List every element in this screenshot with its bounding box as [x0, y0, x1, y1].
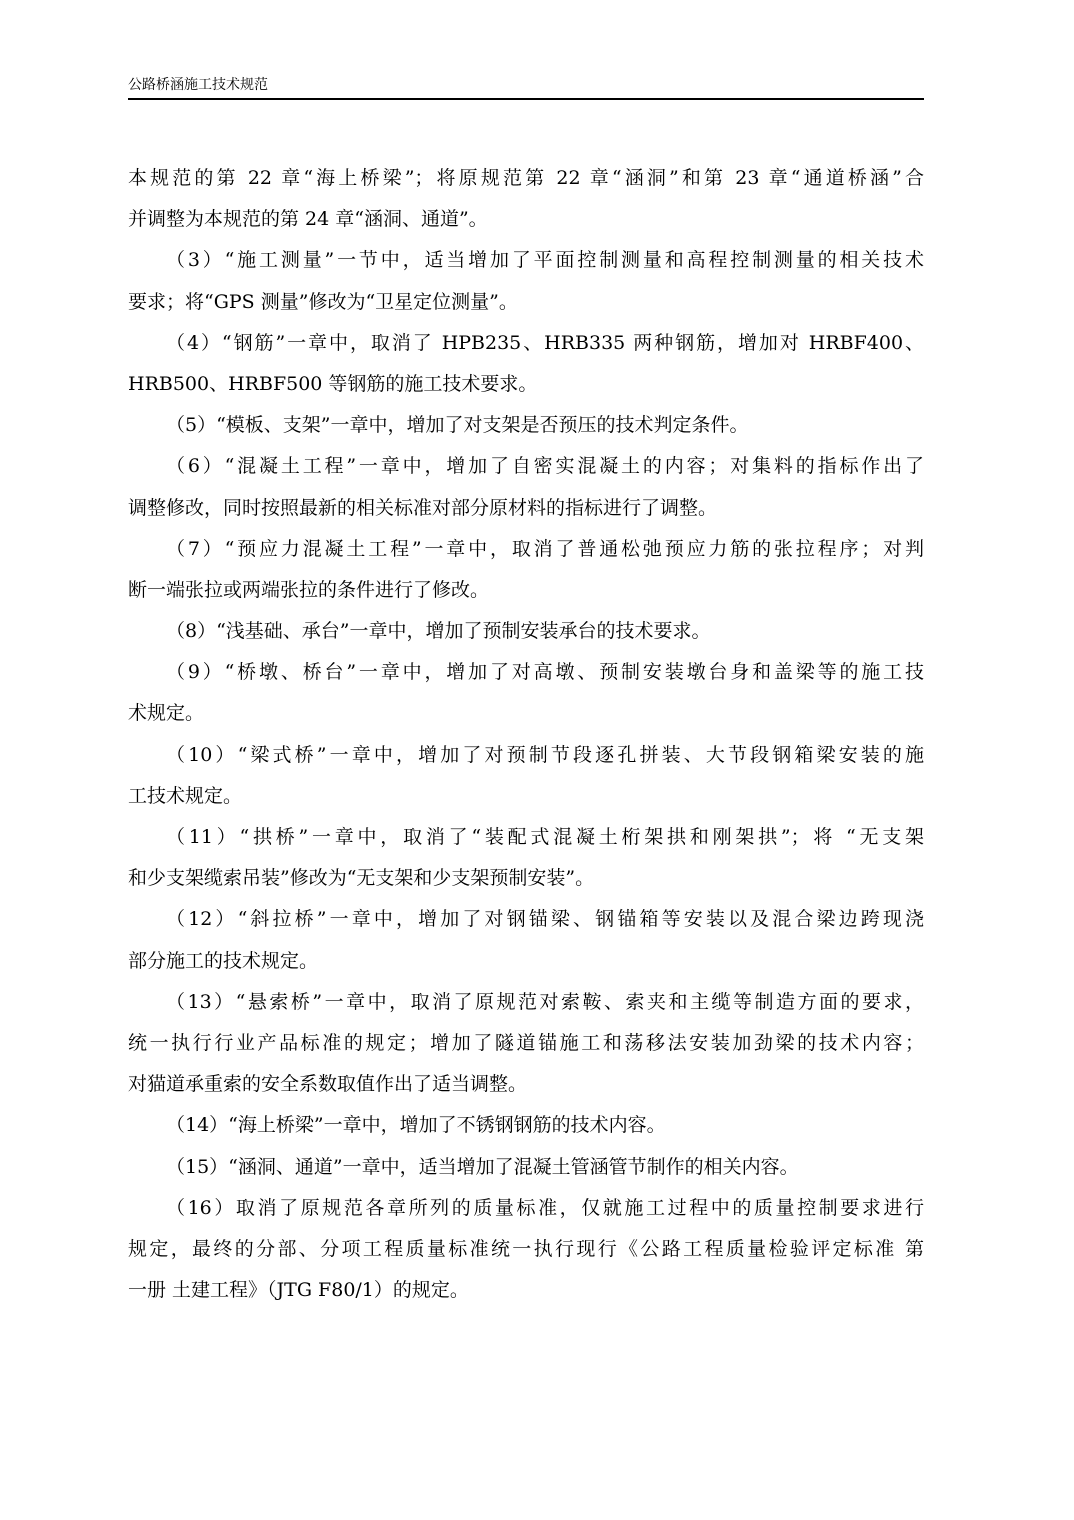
paragraph-item-16: （16）取消了原规范各章所列的质量标准，仅就施工过程中的质量控制要求进行 规定，…	[128, 1188, 924, 1312]
text-line: （10）“梁式桥”一章中，增加了对预制节段逐孔拼装、大节段钢箱梁安装的施	[128, 735, 924, 776]
paragraph-item-5: （5）“模板、支架”一章中，增加了对支架是否预压的技术判定条件。	[128, 405, 924, 446]
text-line: （14）“海上桥梁”一章中，增加了不锈钢钢筋的技术内容。	[128, 1105, 924, 1146]
paragraph-item-15: （15）“涵洞、通道”一章中，适当增加了混凝土管涵管节制作的相关内容。	[128, 1147, 924, 1188]
paragraph-item-14: （14）“海上桥梁”一章中，增加了不锈钢钢筋的技术内容。	[128, 1105, 924, 1146]
text-line: （11）“拱桥”一章中，取消了“装配式混凝土桁架拱和刚架拱”；将 “无支架	[128, 817, 924, 858]
text-line: （6）“混凝土工程”一章中，增加了自密实混凝土的内容；对集料的指标作出了	[128, 446, 924, 487]
paragraph-chapter-restructure-cont: 本规范的第 22 章“海上桥梁”；将原规范第 22 章“涵洞”和第 23 章“通…	[128, 158, 924, 240]
running-header: 公路桥涵施工技术规范	[128, 76, 924, 100]
text-line: HRB500、HRBF500 等钢筋的施工技术要求。	[128, 364, 924, 405]
text-line: 要求；将“GPS 测量”修改为“卫星定位测量”。	[128, 282, 924, 323]
text-line: 术规定。	[128, 693, 924, 734]
paragraph-item-13: （13）“悬索桥”一章中，取消了原规范对索鞍、索夹和主缆等制造方面的要求， 统一…	[128, 982, 924, 1106]
text-line: 对猫道承重索的安全系数取值作出了适当调整。	[128, 1064, 924, 1105]
text-line: （8）“浅基础、承台”一章中，增加了预制安装承台的技术要求。	[128, 611, 924, 652]
document-body: 本规范的第 22 章“海上桥梁”；将原规范第 22 章“涵洞”和第 23 章“通…	[128, 158, 924, 1311]
text-line: （16）取消了原规范各章所列的质量标准，仅就施工过程中的质量控制要求进行	[128, 1188, 924, 1229]
text-line: 调整修改，同时按照最新的相关标准对部分原材料的指标进行了调整。	[128, 488, 924, 529]
text-line: 和少支架缆索吊装”修改为“无支架和少支架预制安装”。	[128, 858, 924, 899]
text-line: 统一执行行业产品标准的规定；增加了隧道锚施工和荡移法安装加劲梁的技术内容；	[128, 1023, 924, 1064]
paragraph-item-12: （12）“斜拉桥”一章中，增加了对钢锚梁、钢锚箱等安装以及混合梁边跨现浇 部分施…	[128, 899, 924, 981]
text-line: 并调整为本规范的第 24 章“涵洞、通道”。	[128, 199, 924, 240]
text-line: 工技术规定。	[128, 776, 924, 817]
text-line: （4）“钢筋”一章中，取消了 HPB235、HRB335 两种钢筋，增加对 HR…	[128, 323, 924, 364]
paragraph-item-3: （3）“施工测量”一节中，适当增加了平面控制测量和高程控制测量的相关技术 要求；…	[128, 240, 924, 322]
paragraph-item-4: （4）“钢筋”一章中，取消了 HPB235、HRB335 两种钢筋，增加对 HR…	[128, 323, 924, 405]
paragraph-item-6: （6）“混凝土工程”一章中，增加了自密实混凝土的内容；对集料的指标作出了 调整修…	[128, 446, 924, 528]
text-line: 部分施工的技术规定。	[128, 941, 924, 982]
text-line: （3）“施工测量”一节中，适当增加了平面控制测量和高程控制测量的相关技术	[128, 240, 924, 281]
paragraph-item-10: （10）“梁式桥”一章中，增加了对预制节段逐孔拼装、大节段钢箱梁安装的施 工技术…	[128, 735, 924, 817]
paragraph-item-7: （7）“预应力混凝土工程”一章中，取消了普通松弛预应力筋的张拉程序；对判 断一端…	[128, 529, 924, 611]
text-line: （7）“预应力混凝土工程”一章中，取消了普通松弛预应力筋的张拉程序；对判	[128, 529, 924, 570]
text-line: （5）“模板、支架”一章中，增加了对支架是否预压的技术判定条件。	[128, 405, 924, 446]
paragraph-item-9: （9）“桥墩、桥台”一章中，增加了对高墩、预制安装墩台身和盖梁等的施工技 术规定…	[128, 652, 924, 734]
text-line: 断一端张拉或两端张拉的条件进行了修改。	[128, 570, 924, 611]
text-line: 一册 土建工程》（JTG F80/1）的规定。	[128, 1270, 924, 1311]
paragraph-item-8: （8）“浅基础、承台”一章中，增加了预制安装承台的技术要求。	[128, 611, 924, 652]
text-line: （15）“涵洞、通道”一章中，适当增加了混凝土管涵管节制作的相关内容。	[128, 1147, 924, 1188]
text-line: （13）“悬索桥”一章中，取消了原规范对索鞍、索夹和主缆等制造方面的要求，	[128, 982, 924, 1023]
text-line: （9）“桥墩、桥台”一章中，增加了对高墩、预制安装墩台身和盖梁等的施工技	[128, 652, 924, 693]
header-title: 公路桥涵施工技术规范	[128, 77, 268, 93]
text-line: 规定，最终的分部、分项工程质量标准统一执行现行《公路工程质量检验评定标准 第	[128, 1229, 924, 1270]
text-line: 本规范的第 22 章“海上桥梁”；将原规范第 22 章“涵洞”和第 23 章“通…	[128, 158, 924, 199]
text-line: （12）“斜拉桥”一章中，增加了对钢锚梁、钢锚箱等安装以及混合梁边跨现浇	[128, 899, 924, 940]
paragraph-item-11: （11）“拱桥”一章中，取消了“装配式混凝土桁架拱和刚架拱”；将 “无支架 和少…	[128, 817, 924, 899]
